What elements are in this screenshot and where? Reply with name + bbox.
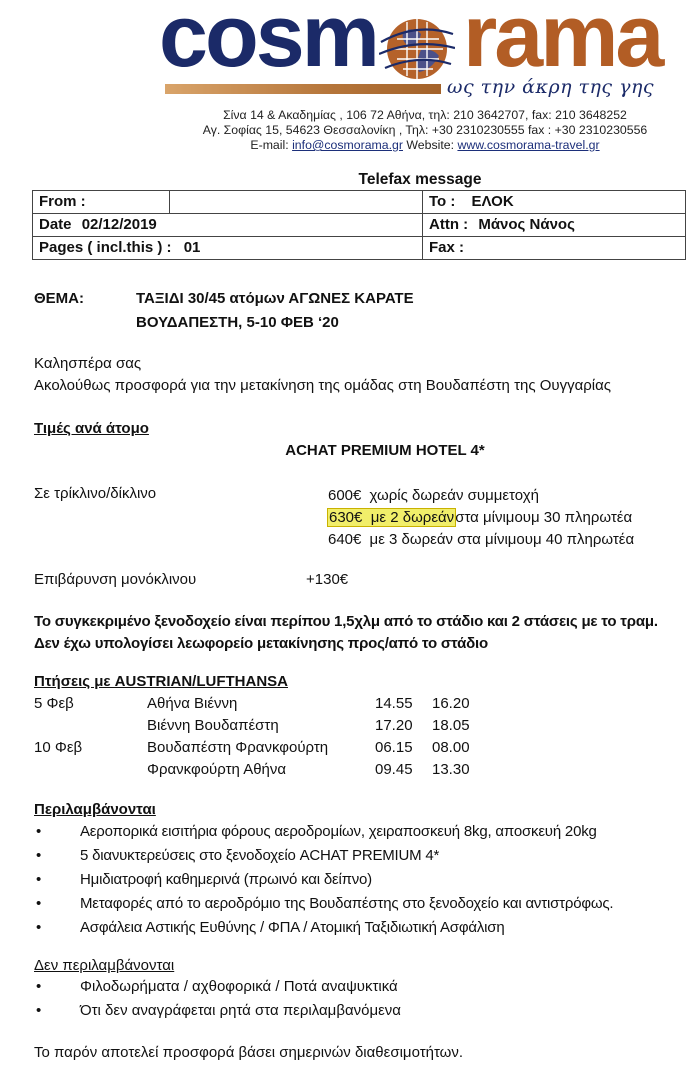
contact-line: E-mail: info@cosmorama.gr Website: www.c… (150, 138, 700, 153)
list-item-text: 5 διανυκτερεύσεις στο ξενοδοχείο ACHAT P… (80, 847, 439, 864)
flight-arrival: 13.30 (432, 759, 470, 781)
list-item: •Μεταφορές από το αεροδρόμιο της Βουδαπέ… (28, 892, 698, 916)
email-label: E-mail: (250, 138, 288, 152)
flights-heading: Πτήσεις με AUSTRIAN/LUFTHANSA (34, 673, 288, 690)
fax-row-from-to: From : To : ΕΛΟΚ (33, 191, 686, 214)
room-type-label: Σε τρίκλινο/δίκλινο (34, 485, 156, 502)
globe-icon (379, 14, 455, 84)
subject-label: ΘΕΜΑ: (34, 290, 84, 307)
bullet-icon: • (36, 999, 41, 1023)
date-cell: Date 02/12/2019 (33, 214, 423, 237)
not-included-heading: Δεν περιλαμβάνονται (34, 957, 174, 974)
logo-underline-bar (165, 84, 441, 94)
bullet-icon: • (36, 820, 41, 844)
flight-arrival: 16.20 (432, 693, 470, 715)
included-list: •Αεροπορικά εισιτήρια φόρους αεροδρομίων… (28, 820, 698, 940)
to-label: To : (429, 193, 455, 210)
flight-arrival: 18.05 (432, 715, 470, 737)
price-description: με 2 δωρεάν (371, 509, 454, 526)
bullet-icon: • (36, 975, 41, 999)
single-supplement-label: Επιβάρυνση μονόκλινου (34, 571, 196, 588)
hotel-note: Το συγκεκριμένο ξενοδοχείο είναι περίπου… (34, 611, 658, 655)
flight-row: 5 Φεβ Αθήνα Βιέννη 14.55 16.20 (34, 693, 494, 715)
to-value: ΕΛΟΚ (472, 193, 514, 210)
price-option: 630€ με 2 δωρεάνστα μίνιμουμ 30 πληρωτέα (328, 507, 634, 529)
hotel-note-line-1: Το συγκεκριμένο ξενοδοχείο είναι περίπου… (34, 611, 658, 633)
flight-route: Βιέννη Βουδαπέστη (147, 715, 279, 737)
pages-value: 01 (184, 239, 201, 256)
flight-date: 10 Φεβ (34, 737, 82, 759)
website-label: Website: (406, 138, 454, 152)
date-value: 02/12/2019 (82, 216, 157, 233)
list-item: •Αεροπορικά εισιτήρια φόρους αεροδρομίων… (28, 820, 698, 844)
fax-row-date-attn: Date 02/12/2019 Attn : Μάνος Νάνος (33, 214, 686, 237)
company-logo: cosm rama ως την άκρη της γης (155, 0, 700, 100)
flight-route: Βουδαπέστη Φρανκφούρτη (147, 737, 328, 759)
list-item: •Ότι δεν αναγράφεται ρητά στα περιλαμβαν… (28, 999, 698, 1023)
fax-number-label: Fax : (429, 239, 464, 256)
address-line-athens: Σίνα 14 & Ακαδημίας , 106 72 Αθήνα, τηλ:… (150, 108, 700, 123)
logo-text-right: rama (463, 0, 661, 80)
date-label: Date (39, 216, 72, 233)
bullet-icon: • (36, 868, 41, 892)
list-item: •Ασφάλεια Αστικής Ευθύνης / ΦΠΑ / Ατομικ… (28, 916, 698, 940)
fax-number-cell: Fax : (423, 237, 686, 260)
list-item-text: Μεταφορές από το αεροδρόμιο της Βουδαπέσ… (80, 895, 613, 912)
from-label: From : (33, 191, 170, 214)
price-option: 600€ χωρίς δωρεάν συμμετοχή (328, 485, 634, 507)
attn-cell: Attn : Μάνος Νάνος (423, 214, 686, 237)
list-item-text: Φιλοδωρήματα / αχθοφορικά / Ποτά αναψυκτ… (80, 978, 398, 995)
flight-departure: 09.45 (375, 759, 413, 781)
fax-header-table: From : To : ΕΛΟΚ Date 02/12/2019 Attn : … (32, 190, 686, 260)
intro-text: Ακολούθως προσφορά για την μετακίνηση τη… (34, 377, 611, 394)
closing-note: Το παρόν αποτελεί προσφορά βάσει σημεριν… (34, 1044, 463, 1061)
attn-value: Μάνος Νάνος (478, 216, 575, 233)
to-cell: To : ΕΛΟΚ (423, 191, 686, 214)
flight-row: 10 Φεβ Βουδαπέστη Φρανκφούρτη 06.15 08.0… (34, 737, 494, 759)
single-supplement-value: +130€ (306, 571, 348, 588)
list-item-text: Ασφάλεια Αστικής Ευθύνης / ΦΠΑ / Ατομική… (80, 919, 504, 936)
bullet-icon: • (36, 916, 41, 940)
flight-row: Βιέννη Βουδαπέστη 17.20 18.05 (34, 715, 494, 737)
not-included-list: •Φιλοδωρήματα / αχθοφορικά / Ποτά αναψυκ… (28, 975, 698, 1023)
list-item-text: Ημιδιατροφή καθημερινά (πρωινό και δείπν… (80, 871, 372, 888)
address-line-thessaloniki: Αγ. Σοφίας 15, 54623 Θεσσαλονίκη , Τηλ: … (150, 123, 700, 138)
list-item: •Ημιδιατροφή καθημερινά (πρωινό και δείπ… (28, 868, 698, 892)
price-options: 600€ χωρίς δωρεάν συμμετοχή 630€ με 2 δω… (328, 485, 634, 551)
flight-route: Αθήνα Βιέννη (147, 693, 237, 715)
logo-tagline: ως την άκρη της γης (447, 76, 654, 98)
price-value: 640€ (328, 531, 361, 548)
price-description: με 3 δωρεάν στα μίνιμουμ 40 πληρωτέα (370, 531, 635, 548)
price-option: 640€ με 3 δωρεάν στα μίνιμουμ 40 πληρωτέ… (328, 529, 634, 551)
prices-heading: Τιμές ανά άτομο (34, 420, 149, 437)
pages-label: Pages ( incl.this ) : (39, 239, 172, 256)
flight-route: Φρανκφούρτη Αθήνα (147, 759, 286, 781)
hotel-note-line-2: Δεν έχω υπολογίσει λεωφορείο μετακίνησης… (34, 633, 658, 655)
subject-line-1: ΤΑΞΙΔΙ 30/45 ατόμων ΑΓΩΝΕΣ ΚΑΡΑΤΕ (136, 290, 414, 307)
logo-text-left: cosm (159, 0, 377, 80)
flight-arrival: 08.00 (432, 737, 470, 759)
highlighted-offer: 630€ με 2 δωρεάν (328, 509, 455, 526)
flight-date: 5 Φεβ (34, 693, 74, 715)
list-item: •Φιλοδωρήματα / αχθοφορικά / Ποτά αναψυκ… (28, 975, 698, 999)
bullet-icon: • (36, 892, 41, 916)
list-item-text: Αεροπορικά εισιτήρια φόρους αεροδρομίων,… (80, 823, 597, 840)
company-address: Σίνα 14 & Ακαδημίας , 106 72 Αθήνα, τηλ:… (150, 108, 700, 153)
email-link[interactable]: info@cosmorama.gr (292, 138, 403, 152)
price-value: 600€ (328, 487, 361, 504)
flight-departure: 17.20 (375, 715, 413, 737)
list-item-text: Ότι δεν αναγράφεται ρητά στα περιλαμβανό… (80, 1002, 401, 1019)
bullet-icon: • (36, 844, 41, 868)
included-heading: Περιλαμβάνονται (34, 801, 156, 818)
hotel-name: ACHAT PREMIUM HOTEL 4* (0, 442, 700, 459)
price-description-rest: στα μίνιμουμ 30 πληρωτέα (455, 509, 632, 526)
fax-row-pages-fax: Pages ( incl.this ) : 01 Fax : (33, 237, 686, 260)
fax-title: Telefax message (0, 171, 700, 189)
pages-cell: Pages ( incl.this ) : 01 (33, 237, 423, 260)
from-value (170, 191, 423, 214)
list-item: •5 διανυκτερεύσεις στο ξενοδοχείο ACHAT … (28, 844, 698, 868)
price-description: χωρίς δωρεάν συμμετοχή (370, 487, 539, 504)
price-value: 630€ (329, 509, 362, 526)
flights-table: 5 Φεβ Αθήνα Βιέννη 14.55 16.20 Βιέννη Βο… (34, 693, 494, 781)
website-link[interactable]: www.cosmorama-travel.gr (457, 138, 599, 152)
subject-line-2: ΒΟΥΔΑΠΕΣΤΗ, 5-10 ΦΕΒ ‘20 (136, 314, 339, 331)
attn-label: Attn : (429, 216, 468, 233)
greeting: Καλησπέρα σας (34, 355, 141, 372)
flight-departure: 06.15 (375, 737, 413, 759)
flight-row: Φρανκφούρτη Αθήνα 09.45 13.30 (34, 759, 494, 781)
flight-departure: 14.55 (375, 693, 413, 715)
